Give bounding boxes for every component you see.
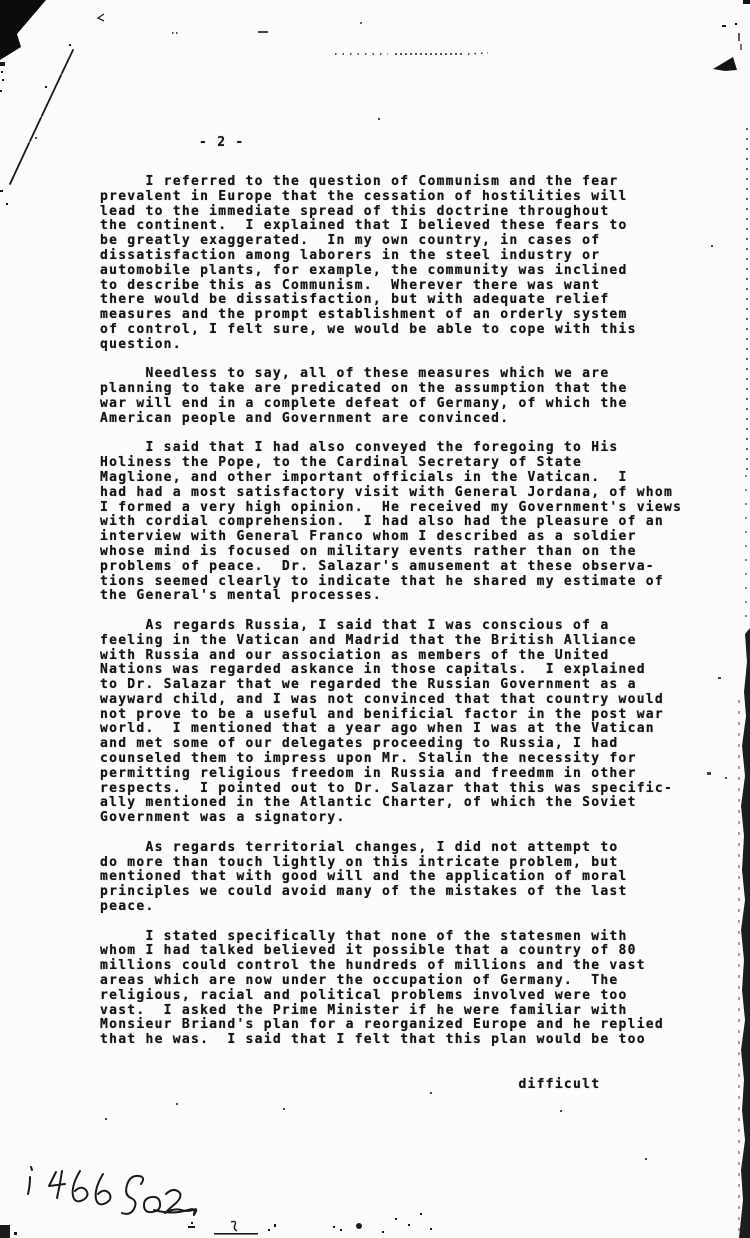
right-edge-binding-streak — [739, 628, 750, 1238]
bottom-edge-noise — [0, 1213, 432, 1238]
left-edge-noise — [0, 44, 71, 205]
right-top-noise — [713, 0, 750, 71]
page-number: - 2 - — [199, 136, 244, 151]
pen-tick-artifact — [98, 14, 104, 21]
handwritten-note — [28, 1167, 196, 1215]
bottom-squiggle — [231, 1221, 237, 1231]
scanned-document-page: - 2 - I referred to the question of Comm… — [0, 0, 750, 1238]
typed-body: I referred to the question of Communism … — [100, 175, 682, 1092]
corner-fold-artifact — [0, 0, 46, 60]
top-dashed-noise — [172, 23, 488, 54]
pen-stroke-artifact — [10, 50, 73, 184]
